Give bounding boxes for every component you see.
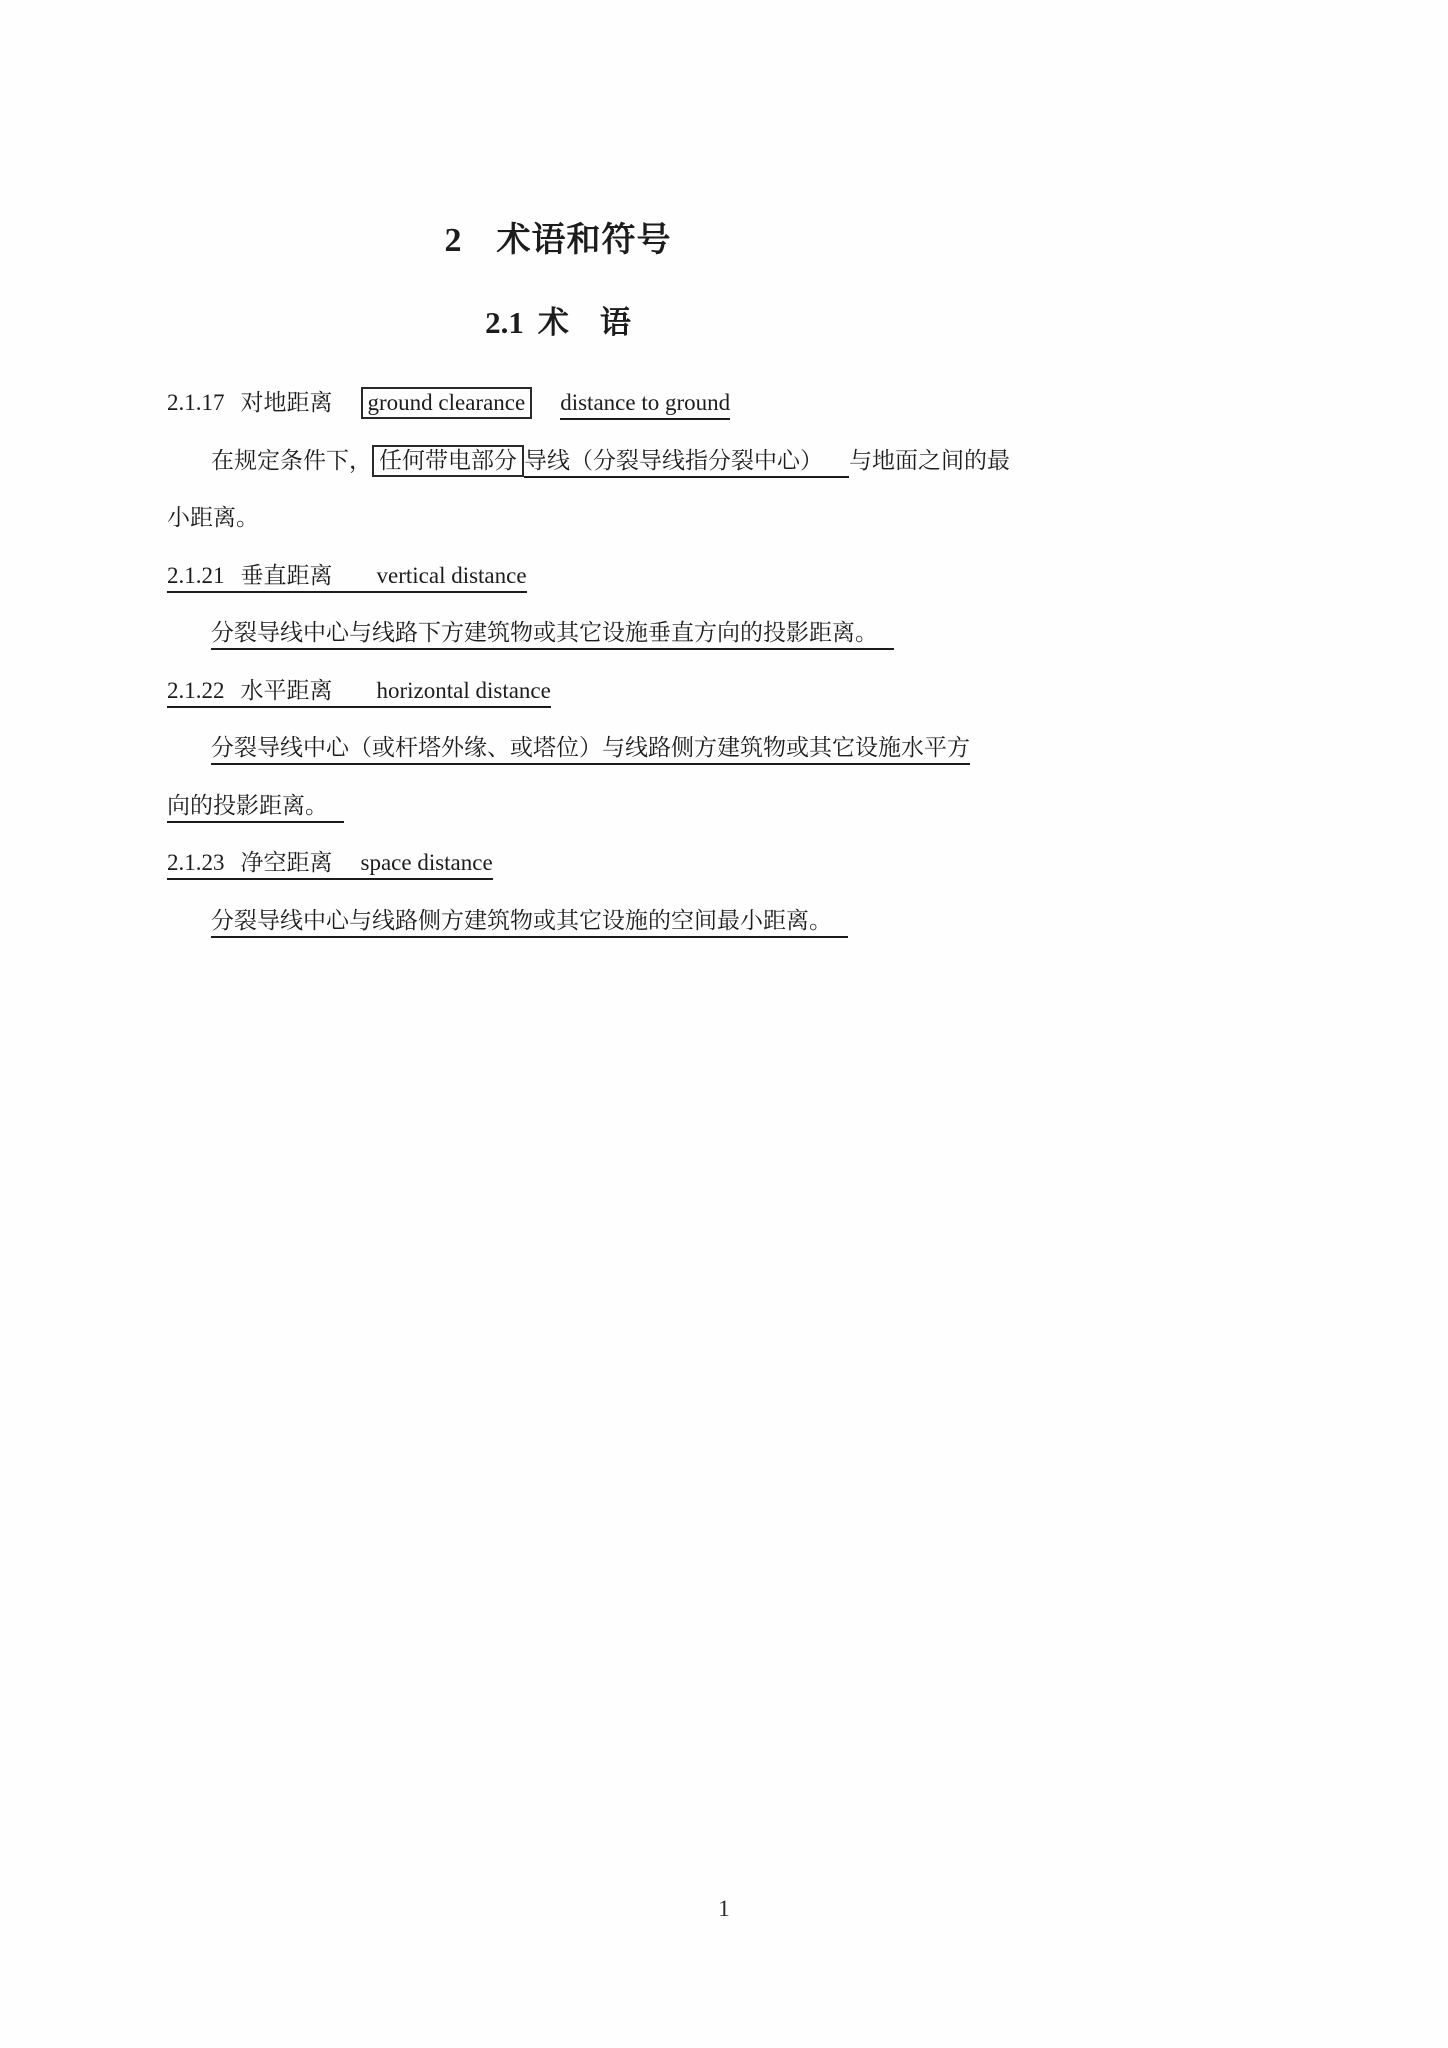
term-name-cn: 净空距离 — [241, 850, 333, 875]
term-entry-2-1-21-heading: 2.1.21垂直距离vertical distance — [167, 547, 957, 605]
term-entry-2-1-23-heading: 2.1.23净空距离space distance — [167, 834, 957, 892]
term-name-cn: 水平距离 — [241, 678, 333, 703]
term-heading-underlined: 2.1.23净空距离space distance — [167, 850, 493, 880]
term-name-cn: 对地距离 — [241, 390, 333, 415]
term-name-en-alt: distance to ground — [560, 390, 730, 420]
term-number: 2.1.23 — [167, 850, 225, 875]
term-definition-2-1-23: 分裂导线中心与线路侧方建筑物或其它设施的空间最小距离。 — [167, 892, 957, 950]
term-definition-2-1-22-line1: 分裂导线中心（或杆塔外缘、或塔位）与线路侧方建筑物或其它设施水平方 — [167, 719, 957, 777]
document-page: 2术语和符号 2.1术 语 2.1.17对地距离ground clearance… — [0, 0, 1448, 2048]
section-number: 2.1 — [485, 305, 524, 340]
term-name-en: horizontal distance — [377, 678, 551, 703]
definition-underlined-text: 向的投影距离。 — [167, 793, 344, 823]
definition-underlined-text: 分裂导线中心（或杆塔外缘、或塔位）与线路侧方建筑物或其它设施水平方 — [211, 735, 970, 765]
definition-underlined-text: 导线（分裂导线指分裂中心） — [524, 448, 849, 478]
term-entry-2-1-22-heading: 2.1.22水平距离horizontal distance — [167, 662, 957, 720]
definition-underlined-text: 分裂导线中心与线路下方建筑物或其它设施垂直方向的投影距离。 — [211, 620, 894, 650]
page-number: 1 — [0, 1896, 1448, 1922]
term-number: 2.1.17 — [167, 390, 225, 415]
term-name-en-boxed: ground clearance — [361, 390, 533, 419]
revision-box: ground clearance — [361, 387, 533, 419]
term-heading-underlined: 2.1.21垂直距离vertical distance — [167, 563, 527, 593]
term-name-cn: 垂直距离 — [241, 563, 333, 588]
term-definition-2-1-22-line2: 向的投影距离。 — [167, 777, 957, 835]
definition-plain-text: 在规定条件下， — [211, 448, 372, 473]
chapter-title-text: 术语和符号 — [497, 222, 672, 259]
term-definition-2-1-17-line1: 在规定条件下，任何带电部分导线（分裂导线指分裂中心）与地面之间的最 — [167, 432, 957, 490]
definition-plain-text: 与地面之间的最 — [849, 448, 1010, 473]
term-name-en: vertical distance — [377, 563, 527, 588]
section-title: 2.1术 语 — [167, 297, 949, 342]
term-number: 2.1.22 — [167, 678, 225, 703]
chapter-number: 2 — [445, 222, 463, 259]
term-heading-underlined: 2.1.22水平距离horizontal distance — [167, 678, 551, 708]
terms-body: 2.1.17对地距离ground clearancedistance to gr… — [167, 374, 957, 949]
term-definition-2-1-17-line2: 小距离。 — [167, 489, 957, 547]
definition-underlined-text: 分裂导线中心与线路侧方建筑物或其它设施的空间最小距离。 — [211, 908, 848, 938]
term-entry-2-1-17-heading: 2.1.17对地距离ground clearancedistance to gr… — [167, 374, 957, 432]
section-title-text: 术 语 — [538, 305, 631, 340]
term-number: 2.1.21 — [167, 563, 225, 588]
chapter-title: 2术语和符号 — [167, 212, 949, 261]
revision-box: 任何带电部分 — [372, 445, 524, 477]
term-name-en: space distance — [361, 850, 493, 875]
term-definition-2-1-21: 分裂导线中心与线路下方建筑物或其它设施垂直方向的投影距离。 — [167, 604, 957, 662]
definition-plain-text: 小距离。 — [167, 505, 259, 530]
